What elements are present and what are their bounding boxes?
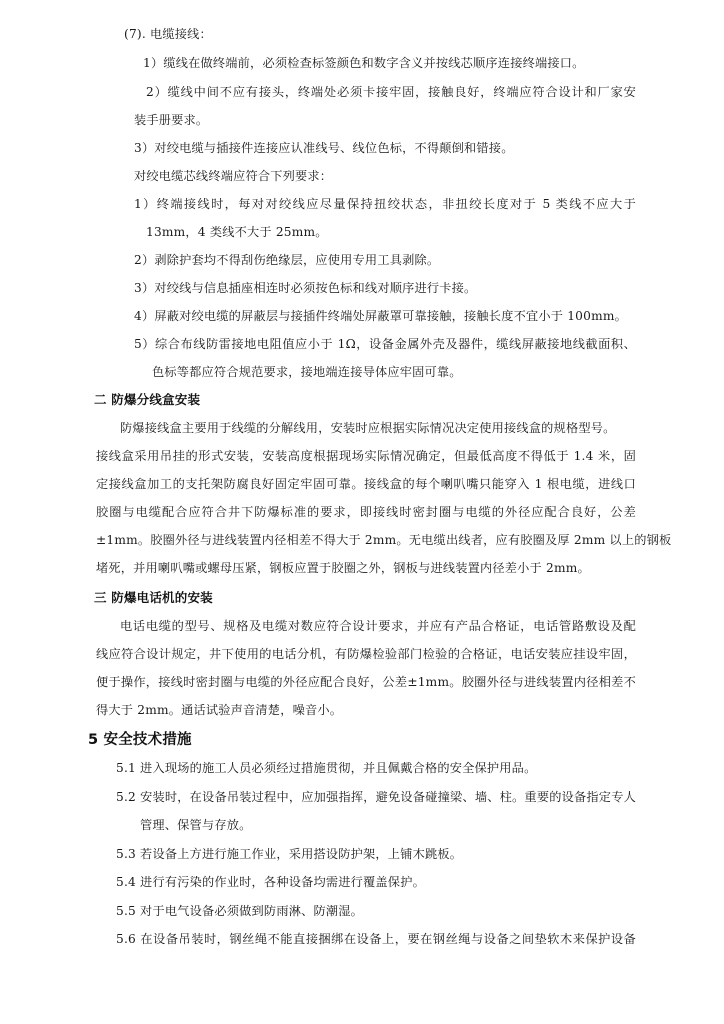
list-item: 4）屏蔽对绞电缆的屏蔽层与接插件终端处屏蔽罩可靠接触，接触长度不宜小于 100m… (134, 308, 627, 324)
list-item-continuation: 管理、保管与存放。 (140, 817, 252, 833)
section-heading: 二 防爆分线盒安装 (94, 392, 200, 408)
list-item: 5）综合布线防雷接地电阻值应小于 1Ω，设备金属外壳及器件，缆线屏蔽接地线截面积… (134, 336, 636, 352)
list-item: 5.6 在设备吊装时，钢丝绳不能直接捆绑在设备上，要在钢丝绳与设备之间垫软木来保… (116, 931, 636, 947)
paragraph-line: 得大于 2mm。通话试验声音清楚，噪音小。 (96, 702, 342, 718)
list-item: 3）对绞电缆与插接件连接应认准线号、线位色标，不得颠倒和错接。 (134, 140, 514, 156)
paragraph-line: 堵死，并用喇叭嘴或螺母压紧，钢板应置于胶圈之外，钢板与进线装置内径差小于 2mm… (96, 560, 590, 576)
section-heading: 三 防爆电话机的安装 (94, 590, 213, 606)
list-item-continuation: 13mm，4 类线不大于 25mm。 (146, 224, 328, 240)
paragraph-line: 便于操作，接线时密封圈与电缆的外径应配合良好，公差±1mm。胶圈外径与进线装置内… (96, 674, 636, 690)
paragraph-intro: 对绞电缆芯线终端应符合下列要求： (134, 168, 332, 184)
list-item-continuation: 色标等都应符合规范要求，接地端连接导体应牢固可靠。 (152, 364, 462, 380)
subsection-title: (7). 电缆接线： (124, 26, 212, 42)
document-page: (7). 电缆接线： 1）缆线在做终端前，必须检查标签颜色和数字含义并按线芯顺序… (0, 0, 724, 1024)
paragraph-line: ±1mm。胶圈外径与进线装置内径相差不得大于 2mm。无电缆出线者，应有胶圈及厚… (96, 532, 636, 548)
list-item: 3）对绞线与信息插座相连时必须按色标和线对顺序进行卡接。 (134, 280, 476, 296)
list-item: 5.4 进行有污染的作业时，各种设备均需进行覆盖保护。 (116, 874, 425, 890)
paragraph-line: 线应符合设计规定，井下使用的电话分机，有防爆检验部门检验的合格证，电话安装应挂设… (96, 646, 636, 662)
list-item: 1）终端接线时，每对对绞线应尽量保持扭绞状态，非扭绞长度对于 5 类线不应大于 (134, 196, 636, 212)
paragraph-line: 防爆接线盒主要用于线缆的分解线用，安装时应根据实际情况决定使用接线盒的规格型号。 (120, 420, 616, 436)
paragraph-line: 定接线盒加工的支托架防腐良好固定牢固可靠。接线盒的每个喇叭嘴只能穿入 1 根电缆… (96, 476, 636, 492)
list-item: 5.1 进入现场的施工人员必须经过措施贯彻，并且佩戴合格的安全保护用品。 (116, 760, 536, 776)
list-item: 5.5 对于电气设备必须做到防雨淋、防潮湿。 (116, 903, 363, 919)
paragraph-line: 接线盒采用吊挂的形式安装，安装高度根据现场实际情况确定，但最低高度不得低于 1.… (96, 448, 636, 464)
list-item: 5.2 安装时，在设备吊装过程中，应加强指挥，避免设备碰撞梁、墙、柱。重要的设备… (116, 789, 636, 805)
list-item: 1）缆线在做终端前，必须检查标签颜色和数字含义并按线芯顺序连接终端接口。 (143, 55, 585, 71)
paragraph-line: 电话电缆的型号、规格及电缆对数应符合设计要求，并应有产品合格证，电话管路敷设及配 (120, 618, 636, 634)
list-item: 2）剥除护套均不得刮伤绝缘层，应使用专用工具剥除。 (134, 252, 439, 268)
list-item: 2）缆线中间不应有接头，终端处必须卡接牢固，接触良好，终端应符合设计和厂家安 (146, 84, 636, 100)
list-item: 5.3 若设备上方进行施工作业，采用搭设防护架，上铺木跳板。 (116, 846, 462, 862)
section-heading: 5 安全技术措施 (88, 732, 192, 748)
paragraph-line: 胶圈与电缆配合应符合井下防爆标准的要求，即接线时密封圈与电缆的外径应配合良好，公… (96, 504, 636, 520)
list-item-continuation: 装手册要求。 (134, 112, 208, 128)
